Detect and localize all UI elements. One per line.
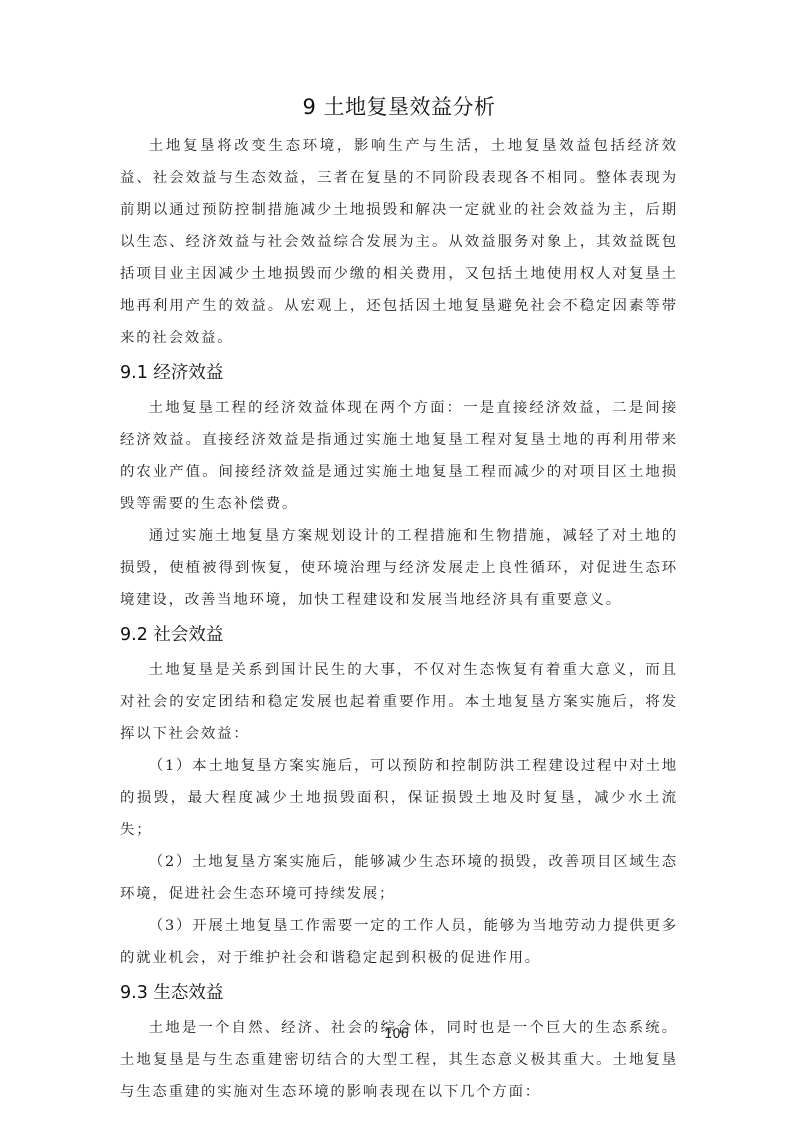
intro-paragraph: 土地复垦将改变生态环境，影响生产与生活，土地复垦效益包括经济效益、社会效益与生态… bbox=[120, 130, 678, 354]
list-item: （3）开展土地复垦工作需要一定的工作人员，能够为当地劳动力提供更多的就业机会，对… bbox=[120, 910, 678, 974]
paragraph: 土地复垦是关系到国计民生的大事，不仅对生态恢复有着重大意义，而且对社会的安定团结… bbox=[120, 654, 678, 750]
paragraph: 通过实施土地复垦方案规划设计的工程措施和生物措施，减轻了对土地的损毁，使植被得到… bbox=[120, 520, 678, 616]
document-page: 9 土地复垦效益分析 土地复垦将改变生态环境，影响生产与生活，土地复垦效益包括经… bbox=[120, 92, 678, 1108]
section-economic-benefits: 9.1 经济效益 土地复垦工程的经济效益体现在两个方面：一是直接经济效益，二是间… bbox=[120, 354, 678, 616]
section-social-benefits: 9.2 社会效益 土地复垦是关系到国计民生的大事，不仅对生态恢复有着重大意义，而… bbox=[120, 616, 678, 974]
chapter-title: 9 土地复垦效益分析 bbox=[120, 92, 678, 122]
section-title: 9.3 生态效益 bbox=[120, 974, 678, 1012]
list-item: （1）本土地复垦方案实施后，可以预防和控制防洪工程建设过程中对土地的损毁，最大程… bbox=[120, 750, 678, 846]
section-title: 9.1 经济效益 bbox=[120, 354, 678, 392]
paragraph: 土地复垦工程的经济效益体现在两个方面：一是直接经济效益，二是间接经济效益。直接经… bbox=[120, 392, 678, 520]
list-item: （2）土地复垦方案实施后，能够减少生态环境的损毁，改善项目区域生态环境，促进社会… bbox=[120, 846, 678, 910]
section-title: 9.2 社会效益 bbox=[120, 616, 678, 654]
page-number: 106 bbox=[0, 1027, 793, 1042]
